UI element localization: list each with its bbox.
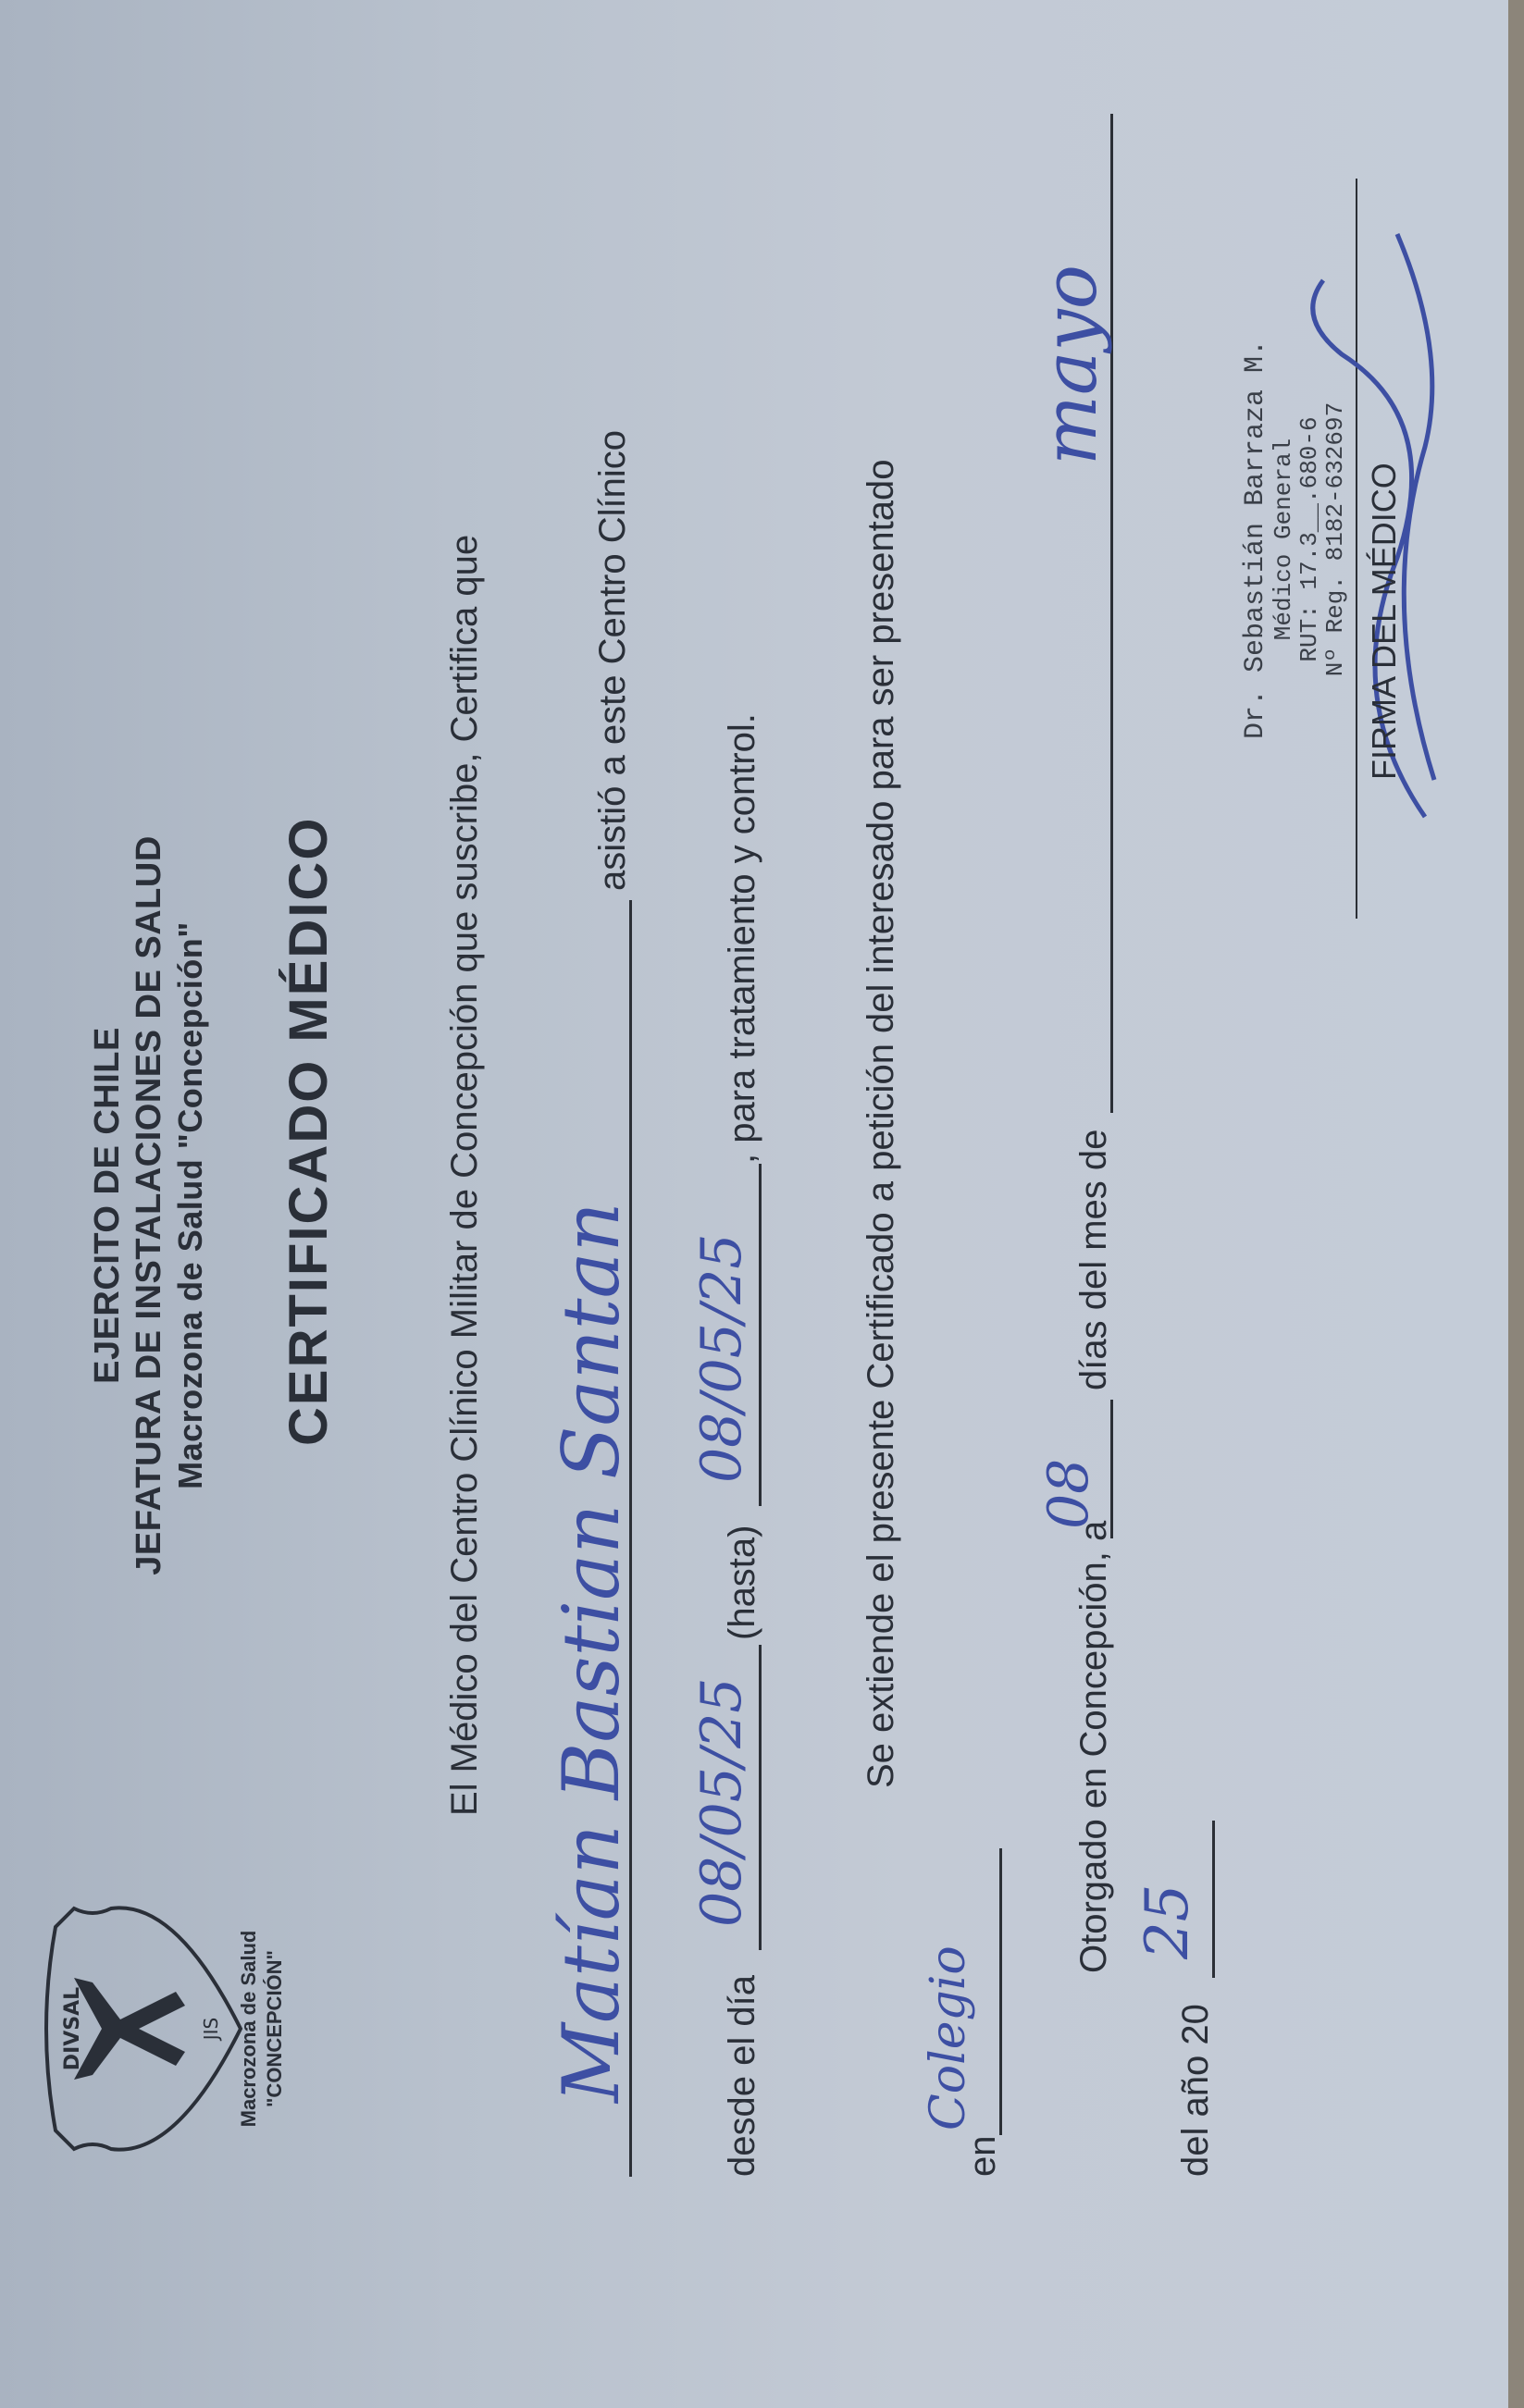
year-underline	[1212, 1821, 1215, 1978]
from-label: desde el día	[722, 1975, 763, 2177]
patient-name-handwritten: Matían Bastian Santan	[546, 1202, 637, 2103]
attended-text: asistió a este Centro Clínico	[592, 430, 634, 891]
treatment-text: , para tratamiento y control.	[722, 713, 763, 1164]
until-label: (hasta)	[722, 1525, 763, 1641]
until-date-handwritten: 08/05/25	[689, 1234, 754, 1483]
svg-text:JIS: JIS	[200, 2018, 222, 2043]
presented-in-handwritten: Colegio	[921, 1945, 976, 2130]
doctor-name: Dr. Sebastián Barraza M.	[1240, 290, 1271, 789]
in-label: en	[962, 2136, 1004, 2178]
granted-text: Otorgado en Concepción, a	[1073, 1521, 1115, 1973]
year-prefix: del año 20	[1175, 2004, 1217, 2177]
until-date-underline	[759, 1164, 762, 1506]
extends-text: Se extiende el presente Certificado a pe…	[861, 460, 902, 1788]
from-date-handwritten: 08/05/25	[689, 1678, 754, 1927]
document-title: CERTIFICADO MÉDICO	[278, 817, 340, 1446]
header-line-3: Macrozona de Salud "Concepción"	[171, 465, 210, 1945]
presented-in-underline	[999, 1848, 1002, 2135]
month-underline	[1110, 114, 1113, 1113]
days-of-month-text: días del mes de	[1073, 1130, 1115, 1390]
caption-line-1: Macrozona de Salud	[236, 1853, 262, 2204]
intro-text: El Médico del Centro Clínico Militar de …	[444, 535, 486, 1816]
from-date-underline	[759, 1645, 762, 1950]
header-line-2: JEFATURA DE INSTALACIONES DE SALUD	[130, 465, 169, 1945]
medical-certificate: DIVSAL JIS Macrozona de Salud "CONCEPCIÓ…	[0, 0, 1524, 2408]
logo-caption: Macrozona de Salud "CONCEPCIÓN"	[236, 1853, 288, 2204]
month-handwritten: mayo	[1027, 265, 1113, 465]
year-handwritten: 25	[1134, 1884, 1202, 1959]
day-handwritten: 08	[1036, 1459, 1101, 1529]
svg-text:DIVSAL: DIVSAL	[61, 1987, 84, 2070]
day-underline	[1110, 1400, 1113, 1538]
header-line-1: EJERCITO DE CHILE	[88, 465, 128, 1945]
caption-line-2: "CONCEPCIÓN"	[262, 1853, 288, 2204]
signature-label: FIRMA DEL MÉDICO	[1365, 463, 1404, 780]
